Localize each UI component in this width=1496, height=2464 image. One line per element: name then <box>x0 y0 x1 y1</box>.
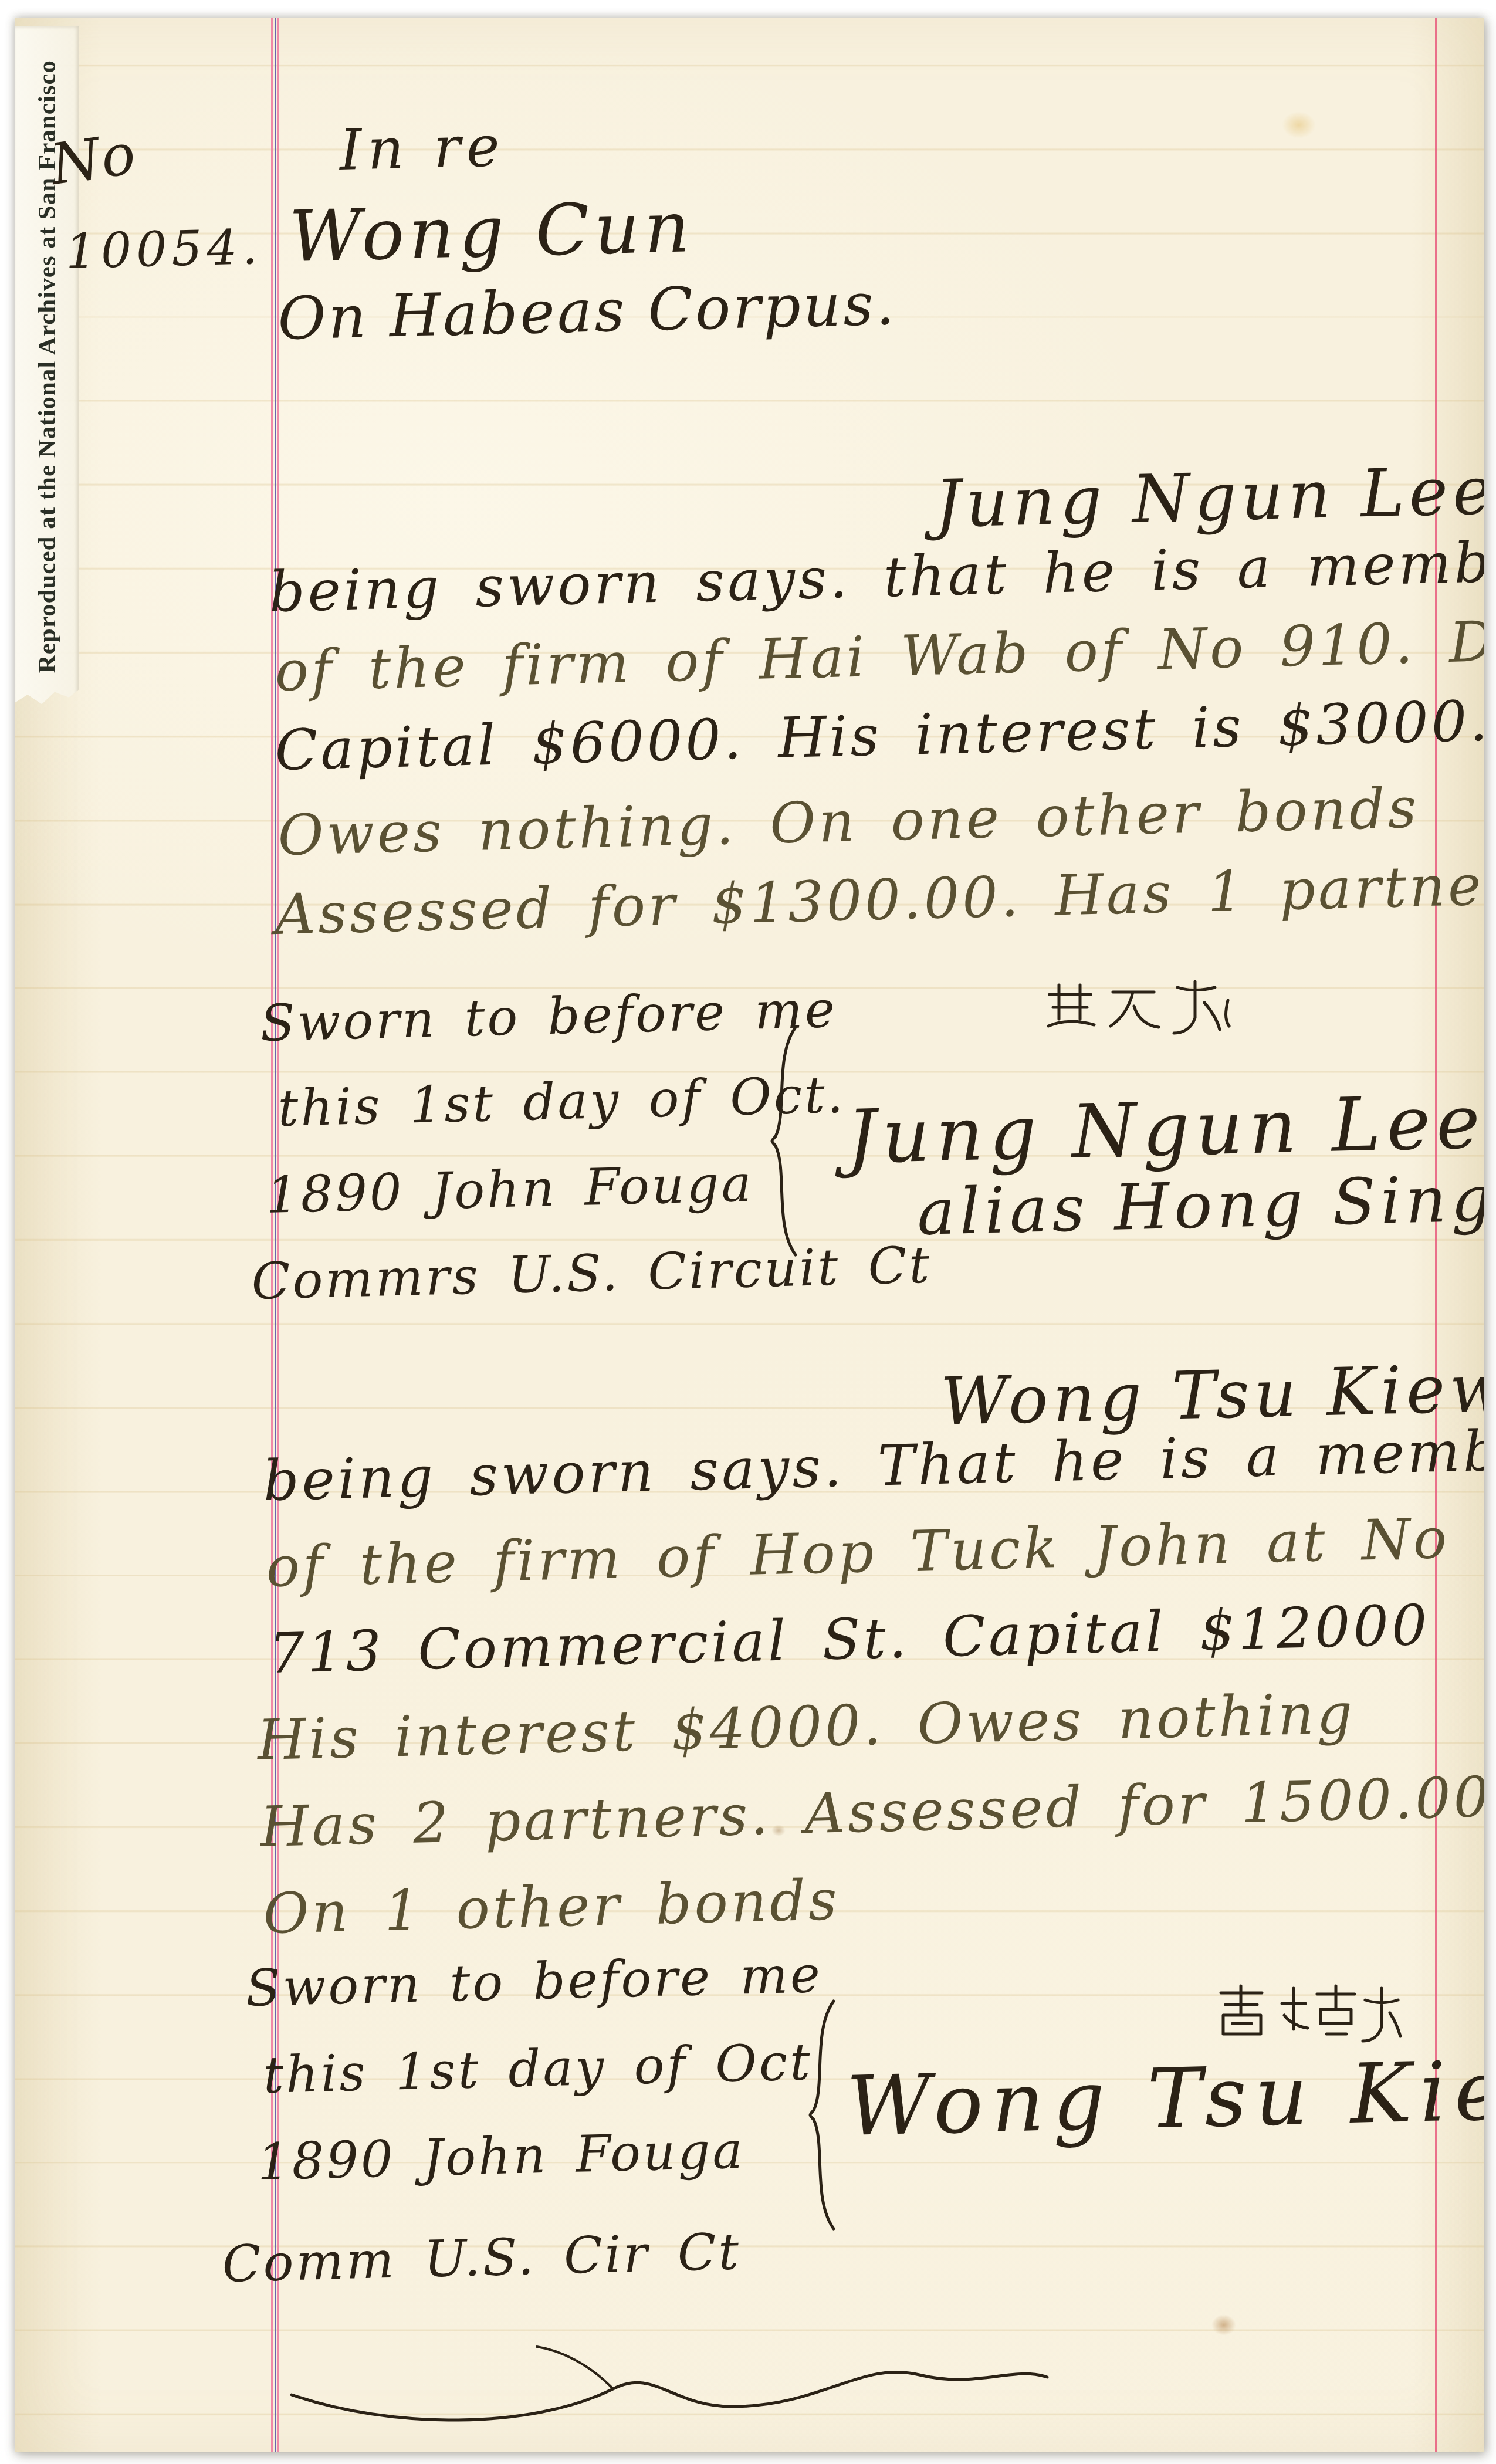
affidavit1-signature-alias: alias Hong Sing <box>916 1162 1484 1250</box>
foxing-spot <box>1282 111 1316 138</box>
affidavit2-chinese-signature-icon <box>1211 1980 1405 2047</box>
signature-flourish <box>285 2341 1059 2441</box>
affidavit2-signature-name: Wong Tsu Kiew <box>845 2041 1484 2155</box>
case-number-prefix: No <box>46 121 140 198</box>
archive-reproduction-label: Reproduced at the National Archives at S… <box>15 26 79 707</box>
affidavit1-deponent: Jung Ngun Lee <box>934 453 1484 543</box>
affidavit1-chinese-signature-icon <box>1041 977 1235 1041</box>
foxing-spot <box>771 1825 786 1836</box>
affidavit1-jurat-line-3: 1890 John Fouga <box>266 1155 754 1225</box>
caption-in-re: In re <box>339 113 506 183</box>
document-page: Reproduced at the National Archives at S… <box>15 18 1484 2452</box>
case-number-value: 10054. <box>65 219 263 280</box>
affidavit2-brace <box>795 1998 848 2232</box>
foxing-spot <box>1211 2314 1236 2336</box>
scan-background: Reproduced at the National Archives at S… <box>0 0 1496 2464</box>
caption-name: Wong Cun <box>289 187 695 278</box>
affidavit2-jurat-line-3: 1890 John Fouga <box>257 2121 746 2192</box>
affidavit1-brace <box>757 1024 810 1258</box>
